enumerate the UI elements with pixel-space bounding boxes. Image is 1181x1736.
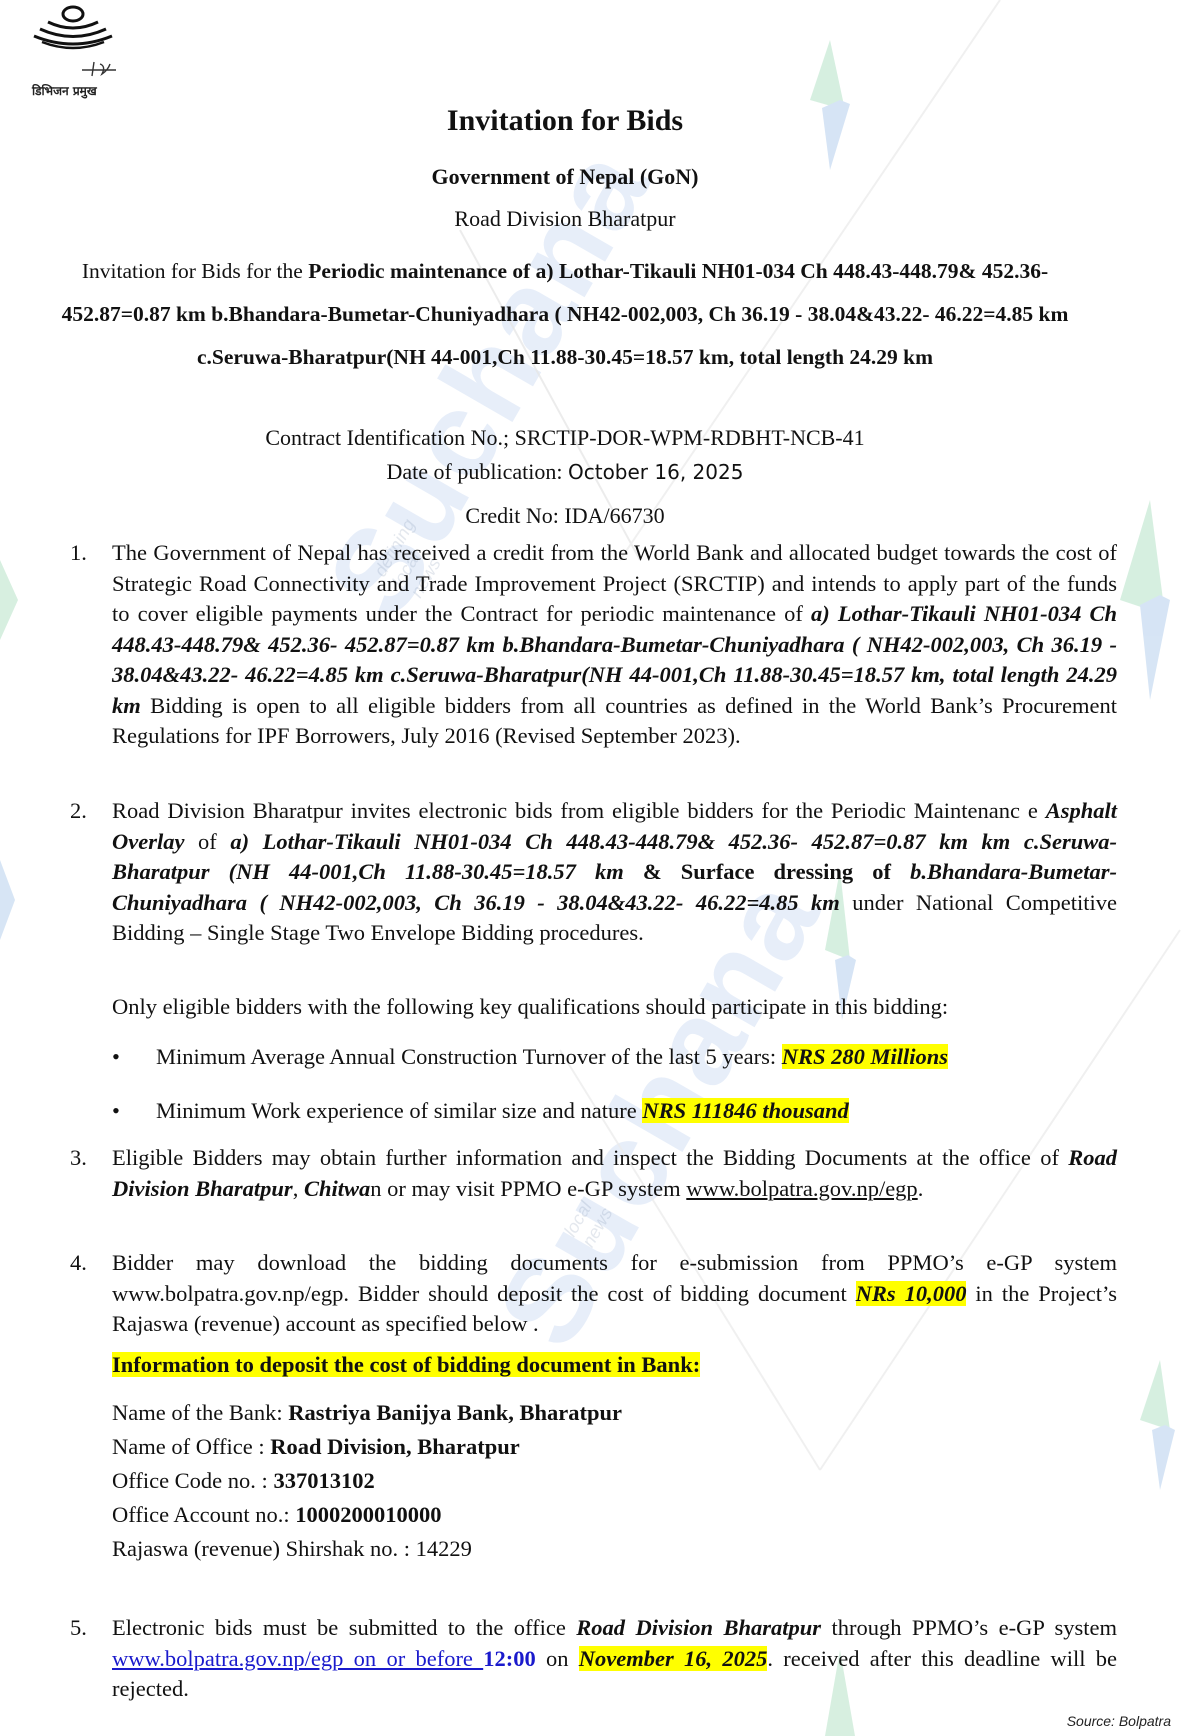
source-credit: Source: Bolpatra <box>1067 1713 1171 1729</box>
office-code-row: Office Code no. : 337013102 <box>112 1468 375 1494</box>
account-no-row: Office Account no.: 1000200010000 <box>112 1502 442 1528</box>
list-item: 1. The Government of Nepal has received … <box>70 538 1117 752</box>
government-emblem-icon <box>28 4 123 54</box>
bullet-icon: • <box>112 1044 120 1070</box>
credit-no: Credit No: IDA/66730 <box>0 503 1130 529</box>
division-name: Road Division Bharatpur <box>0 206 1130 232</box>
bank-name-row: Name of the Bank: Rastriya Banijya Bank,… <box>112 1400 622 1426</box>
list-item: 4. Bidder may download the bidding docum… <box>70 1248 1117 1340</box>
list-item: 5. Electronic bids must be submitted to … <box>70 1613 1117 1705</box>
revenue-shirshak-row: Rajaswa (revenue) Shirshak no. : 14229 <box>112 1536 472 1562</box>
page-title: Invitation for Bids <box>0 104 1130 138</box>
government-name: Government of Nepal (GoN) <box>0 164 1130 190</box>
bank-info-heading: Information to deposit the cost of biddi… <box>112 1352 700 1378</box>
qualifications-intro: Only eligible bidders with the following… <box>112 994 1122 1020</box>
office-name-row: Name of Office : Road Division, Bharatpu… <box>112 1434 520 1460</box>
experience-value: NRS 111846 thousand <box>642 1098 848 1123</box>
egp-link[interactable]: www.bolpatra.gov.np/egp <box>686 1176 917 1201</box>
office-head-label: डिभिजन प्रमुख <box>32 82 97 99</box>
turnover-value: NRS 280 Millions <box>782 1044 948 1069</box>
publication-date: Date of publication: October 16, 2025 <box>0 459 1130 485</box>
signature-icon <box>80 60 120 78</box>
bullet-icon: • <box>112 1098 120 1124</box>
qualification-bullet: • Minimum Average Annual Construction Tu… <box>112 1044 1122 1070</box>
qualification-bullet: • Minimum Work experience of similar siz… <box>112 1098 1122 1124</box>
egp-link[interactable]: www.bolpatra.gov.np/egp on or before <box>112 1646 483 1671</box>
list-item: 2. Road Division Bharatpur invites elect… <box>70 796 1117 949</box>
document-cost: NRs 10,000 <box>856 1281 967 1306</box>
contract-id: Contract Identification No.; SRCTIP-DOR-… <box>0 425 1130 451</box>
list-item: 3. Eligible Bidders may obtain further i… <box>70 1143 1117 1204</box>
deadline-time: 12:00 <box>483 1646 536 1671</box>
bid-subject: Invitation for Bids for the Periodic mai… <box>0 250 1130 379</box>
deadline-date: November 16, 2025 <box>579 1646 768 1671</box>
